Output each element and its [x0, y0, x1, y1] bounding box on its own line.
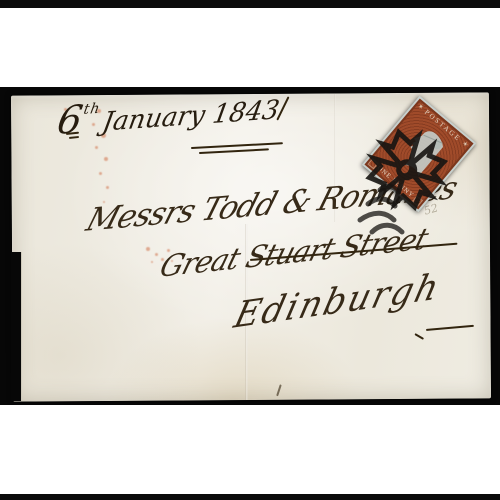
- maltese-cross-cancel-icon: [350, 120, 462, 242]
- date-ordinal: th: [82, 101, 101, 118]
- cover-photo: 6th January 1843 Messrs Todd & Romanes G…: [0, 87, 500, 405]
- paper-edge-step: [11, 252, 22, 401]
- red-speck: [99, 172, 102, 175]
- red-speck: [95, 146, 98, 149]
- auction-lot-photo: 6th January 1843 Messrs Todd & Romanes G…: [0, 0, 500, 500]
- red-speck: [155, 253, 158, 256]
- red-speck: [104, 157, 108, 161]
- red-speck: [146, 247, 150, 251]
- top-border: [0, 0, 500, 8]
- red-speck: [151, 261, 153, 263]
- red-speck: [106, 186, 109, 189]
- bottom-border: [0, 494, 500, 500]
